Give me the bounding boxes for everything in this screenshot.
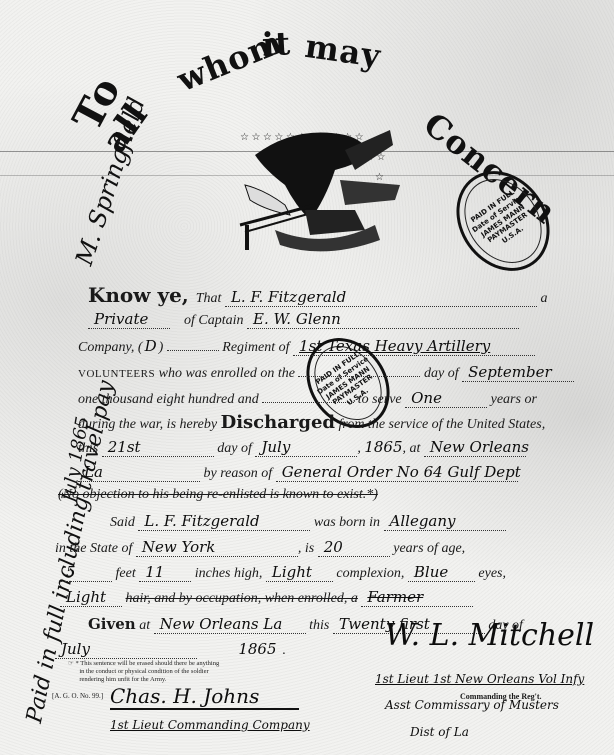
paid-in-full-stamp: PAID IN FULL Date of Service JAMES MANN … — [437, 153, 568, 289]
footnote-line: rendering him unfit for the Army. — [79, 676, 166, 683]
volunteers-label: VOLUNTEERS — [78, 368, 155, 380]
state-line: in the State of New York, is 20 years of… — [55, 538, 614, 557]
reason-field: General Order No 64 Gulf Dept — [276, 463, 518, 482]
eagle-vignette-icon: ☆ ☆ ☆ ☆ ☆ ☆ ☆ ☆ ☆ ☆ ☆ ☆ ☆ ☆ — [215, 110, 415, 270]
company-close: ) — [159, 340, 164, 355]
given-label: Given — [88, 615, 136, 633]
footnote-line: This sentence will be erased should ther… — [80, 660, 219, 667]
soldier-name-field: L. F. Fitzgerald — [225, 288, 537, 307]
commanding-officer-title: 1st Lieut 1st New Orleans Vol Infy — [375, 672, 584, 686]
description-line: 5 feet 11 inches high, Light complexion,… — [60, 563, 614, 582]
discharged-label: Discharged — [221, 412, 335, 433]
given-at-label: at — [139, 618, 150, 633]
hair-label: hair, and by occupation, when enrolled, … — [126, 591, 358, 606]
regiment-label: Regiment of — [222, 340, 289, 355]
discharged-line: during the war, is hereby Discharged fro… — [78, 412, 614, 433]
said-name-field: L. F. Fitzgerald — [138, 512, 310, 531]
enrolled-day-field — [298, 376, 420, 377]
form-number: [A. G. O. No. 99.] — [52, 692, 103, 700]
serve-label: to serve — [358, 392, 402, 407]
this-label: this — [78, 441, 98, 456]
term-field: One — [405, 389, 487, 408]
company-letter-field: D — [143, 337, 159, 355]
enrolled-year-field — [262, 402, 354, 403]
year-line: one thousand eight hundred and to serve … — [78, 389, 614, 408]
birthplace-field: Allegany — [384, 512, 506, 531]
rank-line: Private of Captain E. W. Glenn — [88, 310, 614, 329]
no-objection-text: (No objection to his being re-enlisted i… — [58, 487, 378, 502]
enrolled-month-field: September — [462, 363, 574, 382]
eyes-label: eyes, — [478, 566, 506, 581]
discharge-year-field: 1865 — [364, 438, 402, 456]
place-state-field: La — [78, 463, 200, 482]
of-captain-label: of Captain — [184, 313, 244, 328]
a-label: a — [540, 291, 547, 306]
stamp-inner-ring — [449, 164, 558, 278]
know-ye-line: Know ye, That L. F. Fitzgerald a — [88, 283, 614, 307]
born-label: was born in — [314, 515, 380, 530]
birth-state-field: New York — [136, 538, 298, 557]
said-label: Said — [110, 515, 135, 530]
volunteers-line: VOLUNTEERS who was enrolled on the day o… — [78, 363, 614, 382]
blank-fill — [167, 350, 219, 351]
said-line: Said L. F. Fitzgerald was born in Allega… — [110, 512, 614, 531]
given-month-field: July — [55, 640, 197, 659]
discharge-month-field: July — [255, 438, 357, 457]
footnote-marker: ☞ * — [68, 660, 79, 667]
year-period: . — [283, 643, 287, 658]
height-feet-field: 5 — [60, 563, 112, 582]
age-field: 20 — [318, 538, 390, 557]
heading-word-it: it — [261, 24, 292, 63]
eyes-field: Blue — [408, 563, 475, 582]
company-line: Company, (D) Regiment of 1st Texas Heavy… — [78, 337, 614, 356]
given-this-label: this — [309, 618, 329, 633]
occupation-field: Farmer — [361, 588, 473, 607]
reason-line: La by reason of General Order No 64 Gulf… — [78, 463, 614, 482]
discharge-place-field: New Orleans — [424, 438, 526, 457]
service-label: from the service of the United States, — [339, 417, 546, 432]
footnote-line: in the conduct or physical condition of … — [79, 668, 208, 675]
is-label: , is — [298, 541, 314, 556]
during-war-label: during the war, is hereby — [78, 417, 217, 432]
at-label: , at — [403, 441, 421, 456]
hair-field: Light — [60, 588, 122, 607]
commanding-officer-signature: W. L. Mitchell — [385, 618, 594, 653]
that-label: That — [196, 291, 222, 306]
complexion-label: complexion, — [336, 566, 404, 581]
complexion-field: Light — [266, 563, 333, 582]
rank-field: Private — [88, 310, 170, 329]
given-year-field: 1865 — [201, 640, 283, 658]
inches-label: inches high, — [195, 566, 263, 581]
height-inches-field: 11 — [139, 563, 191, 582]
footnote: ☞ * This sentence will be erased should … — [68, 660, 219, 684]
hair-line: Light hair, and by occupation, when enro… — [60, 588, 614, 607]
given-place-field: New Orleans La — [154, 615, 306, 634]
captain-name-field: E. W. Glenn — [247, 310, 519, 329]
company-label: Company, ( — [78, 340, 143, 355]
svg-text:☆: ☆ — [375, 172, 384, 183]
feet-label: feet — [116, 566, 136, 581]
heading-word-may: may — [303, 27, 384, 75]
commanding-officer-district: Dist of La — [410, 725, 469, 739]
document-page: To all whom it may Concern ☆ ☆ ☆ ☆ ☆ ☆ ☆… — [0, 0, 614, 755]
day-of-label: day of — [424, 366, 459, 381]
no-objection-line: (No objection to his being re-enlisted i… — [58, 487, 614, 503]
know-ye-label: Know ye, — [88, 283, 189, 307]
company-officer-signature: Chas. H. Johns — [110, 684, 299, 710]
enrolled-label: who was enrolled on the — [159, 366, 295, 381]
discharge-date-line: this 21st day of July, 1865, at New Orle… — [78, 438, 614, 457]
reason-label: by reason of — [204, 466, 273, 481]
company-officer-title: 1st Lieut Commanding Company — [110, 718, 310, 732]
commanding-officer-role: Asst Commissary of Musters — [385, 698, 559, 712]
regiment-field: 1st Texas Heavy Artillery — [293, 337, 535, 356]
state-label: in the State of — [55, 541, 132, 556]
age-label: years of age, — [393, 541, 465, 556]
day-of-label-2: day of — [217, 441, 252, 456]
discharge-day-field: 21st — [102, 438, 214, 457]
year-label: one thousand eight hundred and — [78, 392, 259, 407]
years-label: years or — [491, 392, 537, 407]
